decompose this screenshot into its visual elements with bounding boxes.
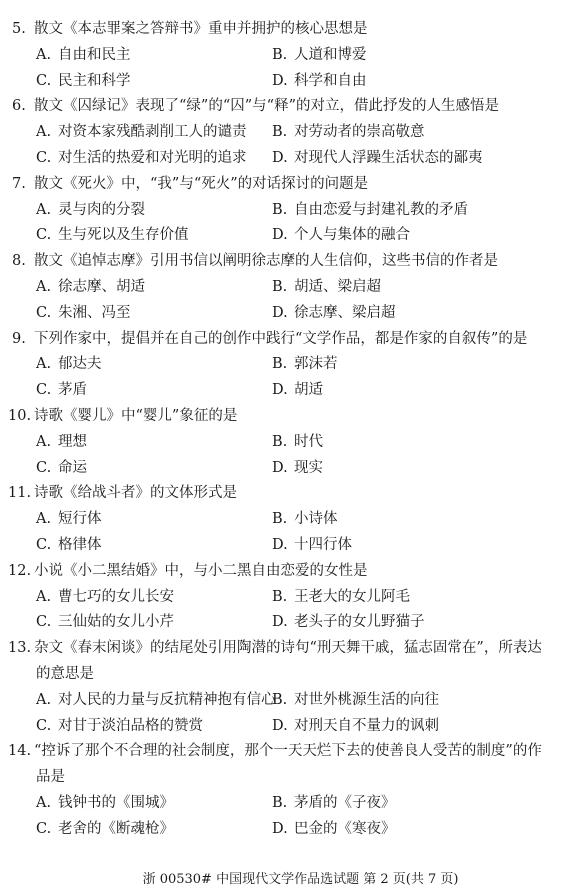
- question-13-options-cd: C.对甘于淡泊品格的赞赏 D.对刑天自不量力的讽刺: [0, 714, 581, 740]
- question-9-stem: 9.下列作家中，提倡并在自己的创作中践行“文学作品，都是作家的自叙传”的是: [0, 327, 581, 353]
- option-a: A.徐志摩、胡适: [36, 275, 145, 301]
- question-5-stem: 5.散文《本志罪案之答辩书》重申并拥护的核心思想是: [0, 17, 581, 43]
- option-b: B.王老大的女儿阿毛: [272, 585, 410, 611]
- question-number: 9.: [12, 327, 34, 353]
- option-c: C.生与死以及生存价值: [36, 223, 189, 249]
- question-10-stem: 10.诗歌《婴儿》中“婴儿”象征的是: [0, 404, 581, 430]
- question-9-options-cd: C.茅盾 D.胡适: [0, 378, 581, 404]
- question-7-stem: 7.散文《死火》中，“我”与“死火”的对话探讨的问题是: [0, 172, 581, 198]
- option-d: D.对现代人浮躁生活状态的鄙夷: [272, 146, 483, 172]
- question-7-options-ab: A.灵与肉的分裂 B.自由恋爱与封建礼教的矛盾: [0, 198, 581, 224]
- option-b: B.小诗体: [272, 507, 338, 533]
- option-c: C.对甘于淡泊品格的赞赏: [36, 714, 203, 740]
- question-13-options-ab: A.对人民的力量与反抗精神抱有信心 B.对世外桃源生活的向往: [0, 688, 581, 714]
- question-text: 小说《小二黑结婚》中，与小二黑自由恋爱的女性是: [34, 563, 368, 579]
- question-number: 11.: [8, 481, 34, 507]
- question-7-options-cd: C.生与死以及生存价值 D.个人与集体的融合: [0, 223, 581, 249]
- option-d: D.现实: [272, 456, 323, 482]
- question-14-options-cd: C.老舍的《断魂枪》 D.巴金的《寒夜》: [0, 817, 581, 843]
- option-b: B.茅盾的《子夜》: [272, 791, 396, 817]
- question-9-options-ab: A.郁达夫 B.郭沫若: [0, 352, 581, 378]
- option-a: A.对资本家残酷剥削工人的谴责: [36, 120, 247, 146]
- question-13-stem-continued: 的意思是: [0, 662, 581, 688]
- option-a: A.短行体: [36, 507, 102, 533]
- option-a: A.对人民的力量与反抗精神抱有信心: [36, 688, 276, 714]
- question-6-options-ab: A.对资本家残酷剥削工人的谴责 B.对劳动者的崇高敬意: [0, 120, 581, 146]
- option-b: B.对劳动者的崇高敬意: [272, 120, 425, 146]
- option-b: B.对世外桃源生活的向往: [272, 688, 439, 714]
- question-text: 诗歌《给战斗者》的文体形式是: [34, 485, 237, 501]
- option-b: B.时代: [272, 430, 323, 456]
- option-d: D.个人与集体的融合: [272, 223, 410, 249]
- question-number: 10.: [8, 404, 34, 430]
- option-b: B.胡适、梁启超: [272, 275, 381, 301]
- question-number: 14.: [8, 739, 34, 765]
- question-8-stem: 8.散文《追悼志摩》引用书信以阐明徐志摩的人生信仰，这些书信的作者是: [0, 249, 581, 275]
- option-b: B.人道和博爱: [272, 43, 367, 69]
- option-d: D.十四行体: [272, 533, 352, 559]
- question-text: 散文《囚绿记》表现了“绿”的“囚”与“释”的对立，借此抒发的人生感悟是: [34, 98, 499, 114]
- question-10-options-ab: A.理想 B.时代: [0, 430, 581, 456]
- question-13-stem: 13.杂文《春末闲谈》的结尾处引用陶潜的诗句“刑天舞干戚，猛志固常在”，所表达: [0, 636, 581, 662]
- option-d: D.老头子的女儿野猫子: [272, 610, 425, 636]
- question-number: 7.: [12, 172, 34, 198]
- option-d: D.科学和自由: [272, 69, 367, 95]
- option-c: C.三仙姑的女儿小芹: [36, 610, 174, 636]
- option-d: D.徐志摩、梁启超: [272, 301, 396, 327]
- option-d: D.胡适: [272, 378, 323, 404]
- option-a: A.灵与肉的分裂: [36, 198, 145, 224]
- question-text: 杂文《春末闲谈》的结尾处引用陶潜的诗句“刑天舞干戚，猛志固常在”，所表达: [34, 640, 542, 656]
- question-number: 13.: [8, 636, 34, 662]
- question-10-options-cd: C.命运 D.现实: [0, 456, 581, 482]
- option-d: D.对刑天自不量力的讽刺: [272, 714, 439, 740]
- question-14-stem: 14.“控诉了那个不合理的社会制度，那个一天天烂下去的使善良人受苦的制度”的作: [0, 739, 581, 765]
- question-11-options-cd: C.格律体 D.十四行体: [0, 533, 581, 559]
- question-14-stem-continued: 品是: [0, 765, 581, 791]
- option-a: A.理想: [36, 430, 87, 456]
- question-11-options-ab: A.短行体 B.小诗体: [0, 507, 581, 533]
- question-14-options-ab: A.钱钟书的《围城》 B.茅盾的《子夜》: [0, 791, 581, 817]
- question-number: 5.: [12, 17, 34, 43]
- question-text: “控诉了那个不合理的社会制度，那个一天天烂下去的使善良人受苦的制度”的作: [34, 743, 542, 759]
- question-8-options-ab: A.徐志摩、胡适 B.胡适、梁启超: [0, 275, 581, 301]
- question-text: 下列作家中，提倡并在自己的创作中践行“文学作品，都是作家的自叙传”的是: [34, 331, 527, 347]
- option-a: A.自由和民主: [36, 43, 131, 69]
- option-a: A.钱钟书的《围城》: [36, 791, 174, 817]
- question-5-options-cd: C.民主和科学 D.科学和自由: [0, 69, 581, 95]
- question-8-options-cd: C.朱湘、冯至 D.徐志摩、梁启超: [0, 301, 581, 327]
- question-12-stem: 12.小说《小二黑结婚》中，与小二黑自由恋爱的女性是: [0, 559, 581, 585]
- page-footer: 浙 00530# 中国现代文学作品选试题 第 2 页(共 7 页): [0, 868, 581, 887]
- option-a: A.郁达夫: [36, 352, 102, 378]
- option-b: B.自由恋爱与封建礼教的矛盾: [272, 198, 468, 224]
- question-12-options-cd: C.三仙姑的女儿小芹 D.老头子的女儿野猫子: [0, 610, 581, 636]
- option-d: D.巴金的《寒夜》: [272, 817, 396, 843]
- option-c: C.朱湘、冯至: [36, 301, 131, 327]
- option-b: B.郭沫若: [272, 352, 338, 378]
- option-c: C.茅盾: [36, 378, 87, 404]
- option-c: C.民主和科学: [36, 69, 131, 95]
- question-number: 8.: [12, 249, 34, 275]
- question-text: 散文《追悼志摩》引用书信以阐明徐志摩的人生信仰，这些书信的作者是: [34, 253, 498, 269]
- question-number: 12.: [8, 559, 34, 585]
- option-a: A.曹七巧的女儿长安: [36, 585, 174, 611]
- question-6-stem: 6.散文《囚绿记》表现了“绿”的“囚”与“释”的对立，借此抒发的人生感悟是: [0, 94, 581, 120]
- question-12-options-ab: A.曹七巧的女儿长安 B.王老大的女儿阿毛: [0, 585, 581, 611]
- question-11-stem: 11.诗歌《给战斗者》的文体形式是: [0, 481, 581, 507]
- question-number: 6.: [12, 94, 34, 120]
- question-text: 诗歌《婴儿》中“婴儿”象征的是: [34, 408, 237, 424]
- question-6-options-cd: C.对生活的热爱和对光明的追求 D.对现代人浮躁生活状态的鄙夷: [0, 146, 581, 172]
- option-c: C.对生活的热爱和对光明的追求: [36, 146, 247, 172]
- question-text: 散文《死火》中，“我”与“死火”的对话探讨的问题是: [34, 176, 368, 192]
- exam-page: 5.散文《本志罪案之答辩书》重申并拥护的核心思想是 A.自由和民主 B.人道和博…: [0, 17, 581, 843]
- question-5-options-ab: A.自由和民主 B.人道和博爱: [0, 43, 581, 69]
- option-c: C.老舍的《断魂枪》: [36, 817, 174, 843]
- option-c: C.命运: [36, 456, 87, 482]
- question-text: 散文《本志罪案之答辩书》重申并拥护的核心思想是: [34, 21, 368, 37]
- option-c: C.格律体: [36, 533, 102, 559]
